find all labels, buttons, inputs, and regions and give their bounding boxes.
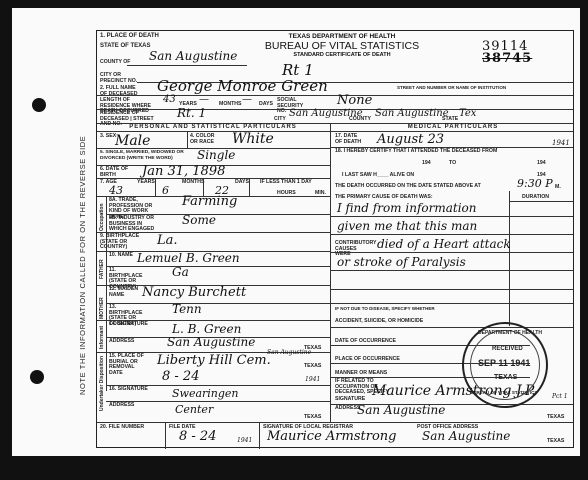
certificate-type: STANDARD CERTIFICATE OF DEATH [247,52,437,58]
margin-note: NOTE THE INFORMATION CALLED FOR ON THE R… [78,95,87,395]
birthplace-value: La. [157,233,178,248]
burial-annotation: San Augustine [267,349,311,356]
punch-hole [30,370,44,384]
dob-value: Jan 31, 1898 [142,164,225,179]
undertaker-signature: Swearingen [172,387,239,400]
race-value: White [232,131,274,147]
registrar-signature: Maurice Armstrong [267,429,396,444]
burial-date-value: 8 - 24 [162,369,199,384]
residence-state: Tex [459,108,476,119]
county-label: COUNTY OF [100,60,130,66]
marital-value: Single [197,148,235,162]
medical-section-title: MEDICAL PARTICULARS [333,124,573,130]
trade-value: Farming [182,194,237,209]
cause-line-3: died of a Heart attack [377,237,511,251]
punch-hole [32,98,46,112]
city-label: CITY OR PRECINCT NO. [100,73,140,84]
bureau-title: BUREAU OF VITAL STATISTICS [227,40,457,52]
cause-line-4: or stroke of Paralysis [337,255,466,269]
years-value: 43 [163,94,176,105]
county-value: San Augustine [149,49,237,63]
post-office-value: San Augustine [422,429,510,443]
stamp-date: SEP 11 1941 [478,358,530,368]
industry-value: Some [182,213,216,227]
time-of-death-value: 9:30 P [517,177,553,190]
undertaker-address: Center [175,403,213,416]
cause-line-1: I find from information [337,201,477,215]
mother-birthplace-value: Tenn [172,302,202,316]
informant-address: San Augustine [167,335,255,349]
state-label: STATE OF TEXAS [100,44,150,50]
date-of-death-value: August 23 [377,132,444,147]
informant-signature: L. B. Green [172,322,241,336]
department-title: TEXAS DEPARTMENT OF HEALTH [247,33,437,40]
mother-maiden-value: Nancy Burchett [142,285,246,300]
street-label: STREET AND NUMBER OR NAME OF INSTITUTION [397,85,506,91]
place-of-death-label: 1. PLACE OF DEATH [100,34,159,40]
received-stamp: DEPARTMENT OF HEALTH RECEIVED SEP 11 194… [462,322,548,408]
residence-street: Rt. 1 [177,106,206,120]
file-date-value: 8 - 24 [179,429,216,444]
father-name-value: Lemuel B. Green [137,251,240,265]
full-name-value: George Monroe Green [157,77,328,95]
certifier-address: San Augustine [357,403,445,417]
sex-value: Male [115,133,150,149]
certificate-number-struck: 38745 [482,51,532,66]
burial-place-value: Liberty Hill Cem. [157,353,271,368]
cause-line-2: given me that this man [337,219,477,233]
ssn-value: None [337,93,372,108]
personal-section-title: PERSONAL AND STATISTICAL PARTICULARS [97,124,329,130]
father-birthplace-value: Ga [172,265,189,279]
residence-county: San Augustine [375,108,449,119]
